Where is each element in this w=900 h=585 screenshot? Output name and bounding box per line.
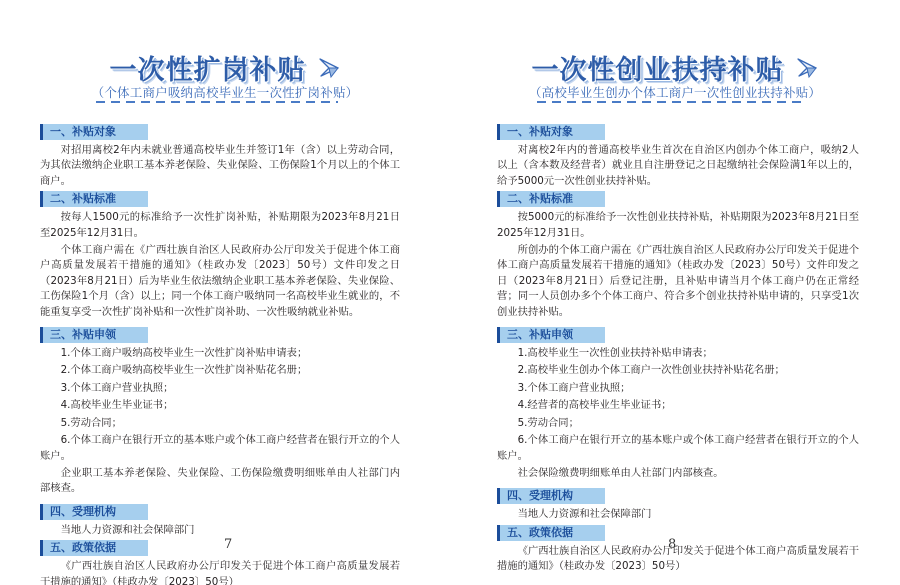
page-right: 一次性创业扶持补贴 （高校毕业生创办个体工商户一次性创业扶持补贴） 一、补贴对象… xyxy=(450,0,900,585)
paper-arrow-icon xyxy=(317,57,341,79)
page-subtitle: （个体工商户吸纳高校毕业生一次性扩岗补贴） xyxy=(92,85,359,100)
page-content: 一、补贴对象 对招用离校2年内未就业普通高校毕业生并签订1年（含）以上劳动合同，… xyxy=(40,122,400,585)
list-item: 2.个体工商户吸纳高校毕业生一次性扩岗补贴花名册； xyxy=(40,363,400,378)
list-item: 1.高校毕业生一次性创业扶持补贴申请表； xyxy=(497,346,859,361)
section-heading-application: 三、补贴申领 xyxy=(497,327,605,343)
section-text-standard-2: 所创办的个体工商户需在《广西壮族自治区人民政府办公厅印发关于促进个体工商户高质量… xyxy=(497,243,859,320)
paper-arrow-icon xyxy=(795,57,819,79)
section-heading-agency: 四、受理机构 xyxy=(40,504,148,520)
section-heading-target: 一、补贴对象 xyxy=(40,124,148,140)
list-item: 6.个体工商户在银行开立的基本账户或个体工商户经营者在银行开立的个人账户。 xyxy=(497,433,859,464)
section-heading-basis: 五、政策依据 xyxy=(497,525,605,541)
list-item: 3.个体工商户营业执照； xyxy=(497,381,859,396)
section-text-standard-2: 个体工商户需在《广西壮族自治区人民政府办公厅印发关于促进个体工商户高质量发展若干… xyxy=(40,243,400,320)
section-heading-standard: 二、补贴标准 xyxy=(497,191,605,207)
section-heading-application: 三、补贴申领 xyxy=(40,327,148,343)
section-text-basis: 《广西壮族自治区人民政府办公厅印发关于促进个体工商户高质量发展若干措施的通知》（… xyxy=(497,544,859,575)
section-heading-agency: 四、受理机构 xyxy=(497,488,605,504)
page-content: 一、补贴对象 对离校2年内的普通高校毕业生首次在自治区内创办个体工商户，吸纳2人… xyxy=(497,122,859,577)
section-heading-target: 一、补贴对象 xyxy=(497,124,605,140)
section-note-application: 社会保险缴费明细账单由人社部门内部核查。 xyxy=(497,466,859,481)
list-item: 4.经营者的高校毕业生毕业证书； xyxy=(497,398,859,413)
page-subtitle: （高校毕业生创办个体工商户一次性创业扶持补贴） xyxy=(529,85,821,100)
section-text-agency: 当地人力资源和社会保障部门 xyxy=(40,523,400,538)
list-item: 1.个体工商户吸纳高校毕业生一次性扩岗补贴申请表； xyxy=(40,346,400,361)
dashed-divider xyxy=(96,101,338,103)
section-text-standard-1: 按每人1500元的标准给予一次性扩岗补贴，补贴期限为2023年8月21日至202… xyxy=(40,210,400,241)
page-subtitle-block: （高校毕业生创办个体工商户一次性创业扶持补贴） xyxy=(450,82,900,101)
section-text-target: 对离校2年内的普通高校毕业生首次在自治区内创办个体工商户，吸纳2人以上（含本数及… xyxy=(497,143,859,189)
list-item: 2.高校毕业生创办个体工商户一次性创业扶持补贴花名册； xyxy=(497,363,859,378)
list-item: 6.个体工商户在银行开立的基本账户或个体工商户经营者在银行开立的个人账户。 xyxy=(40,433,400,464)
section-text-basis: 《广西壮族自治区人民政府办公厅印发关于促进个体工商户高质量发展若干措施的通知》（… xyxy=(40,559,400,585)
list-item: 3.个体工商户营业执照； xyxy=(40,381,400,396)
section-note-application: 企业职工基本养老保险、失业保险、工伤保险缴费明细账单由人社部门内部核查。 xyxy=(40,466,400,497)
list-item: 4.高校毕业生毕业证书； xyxy=(40,398,400,413)
page-number: 8 xyxy=(668,537,676,552)
section-heading-basis: 五、政策依据 xyxy=(40,540,148,556)
page-number: 7 xyxy=(224,537,232,552)
list-item: 5.劳动合同； xyxy=(40,416,400,431)
section-text-standard-1: 按5000元的标准给予一次性创业扶持补贴，补贴期限为2023年8月21日至202… xyxy=(497,210,859,241)
section-heading-standard: 二、补贴标准 xyxy=(40,191,148,207)
list-item: 5.劳动合同； xyxy=(497,416,859,431)
page-left: 一次性扩岗补贴 （个体工商户吸纳高校毕业生一次性扩岗补贴） 一、补贴对象 对招用… xyxy=(0,0,450,585)
page-subtitle-block: （个体工商户吸纳高校毕业生一次性扩岗补贴） xyxy=(0,82,450,101)
dashed-divider xyxy=(537,101,802,103)
section-text-target: 对招用离校2年内未就业普通高校毕业生并签订1年（含）以上劳动合同，为其依法缴纳企… xyxy=(40,143,400,189)
section-text-agency: 当地人力资源和社会保障部门 xyxy=(497,507,859,522)
document-spread: 一次性扩岗补贴 （个体工商户吸纳高校毕业生一次性扩岗补贴） 一、补贴对象 对招用… xyxy=(0,0,900,585)
